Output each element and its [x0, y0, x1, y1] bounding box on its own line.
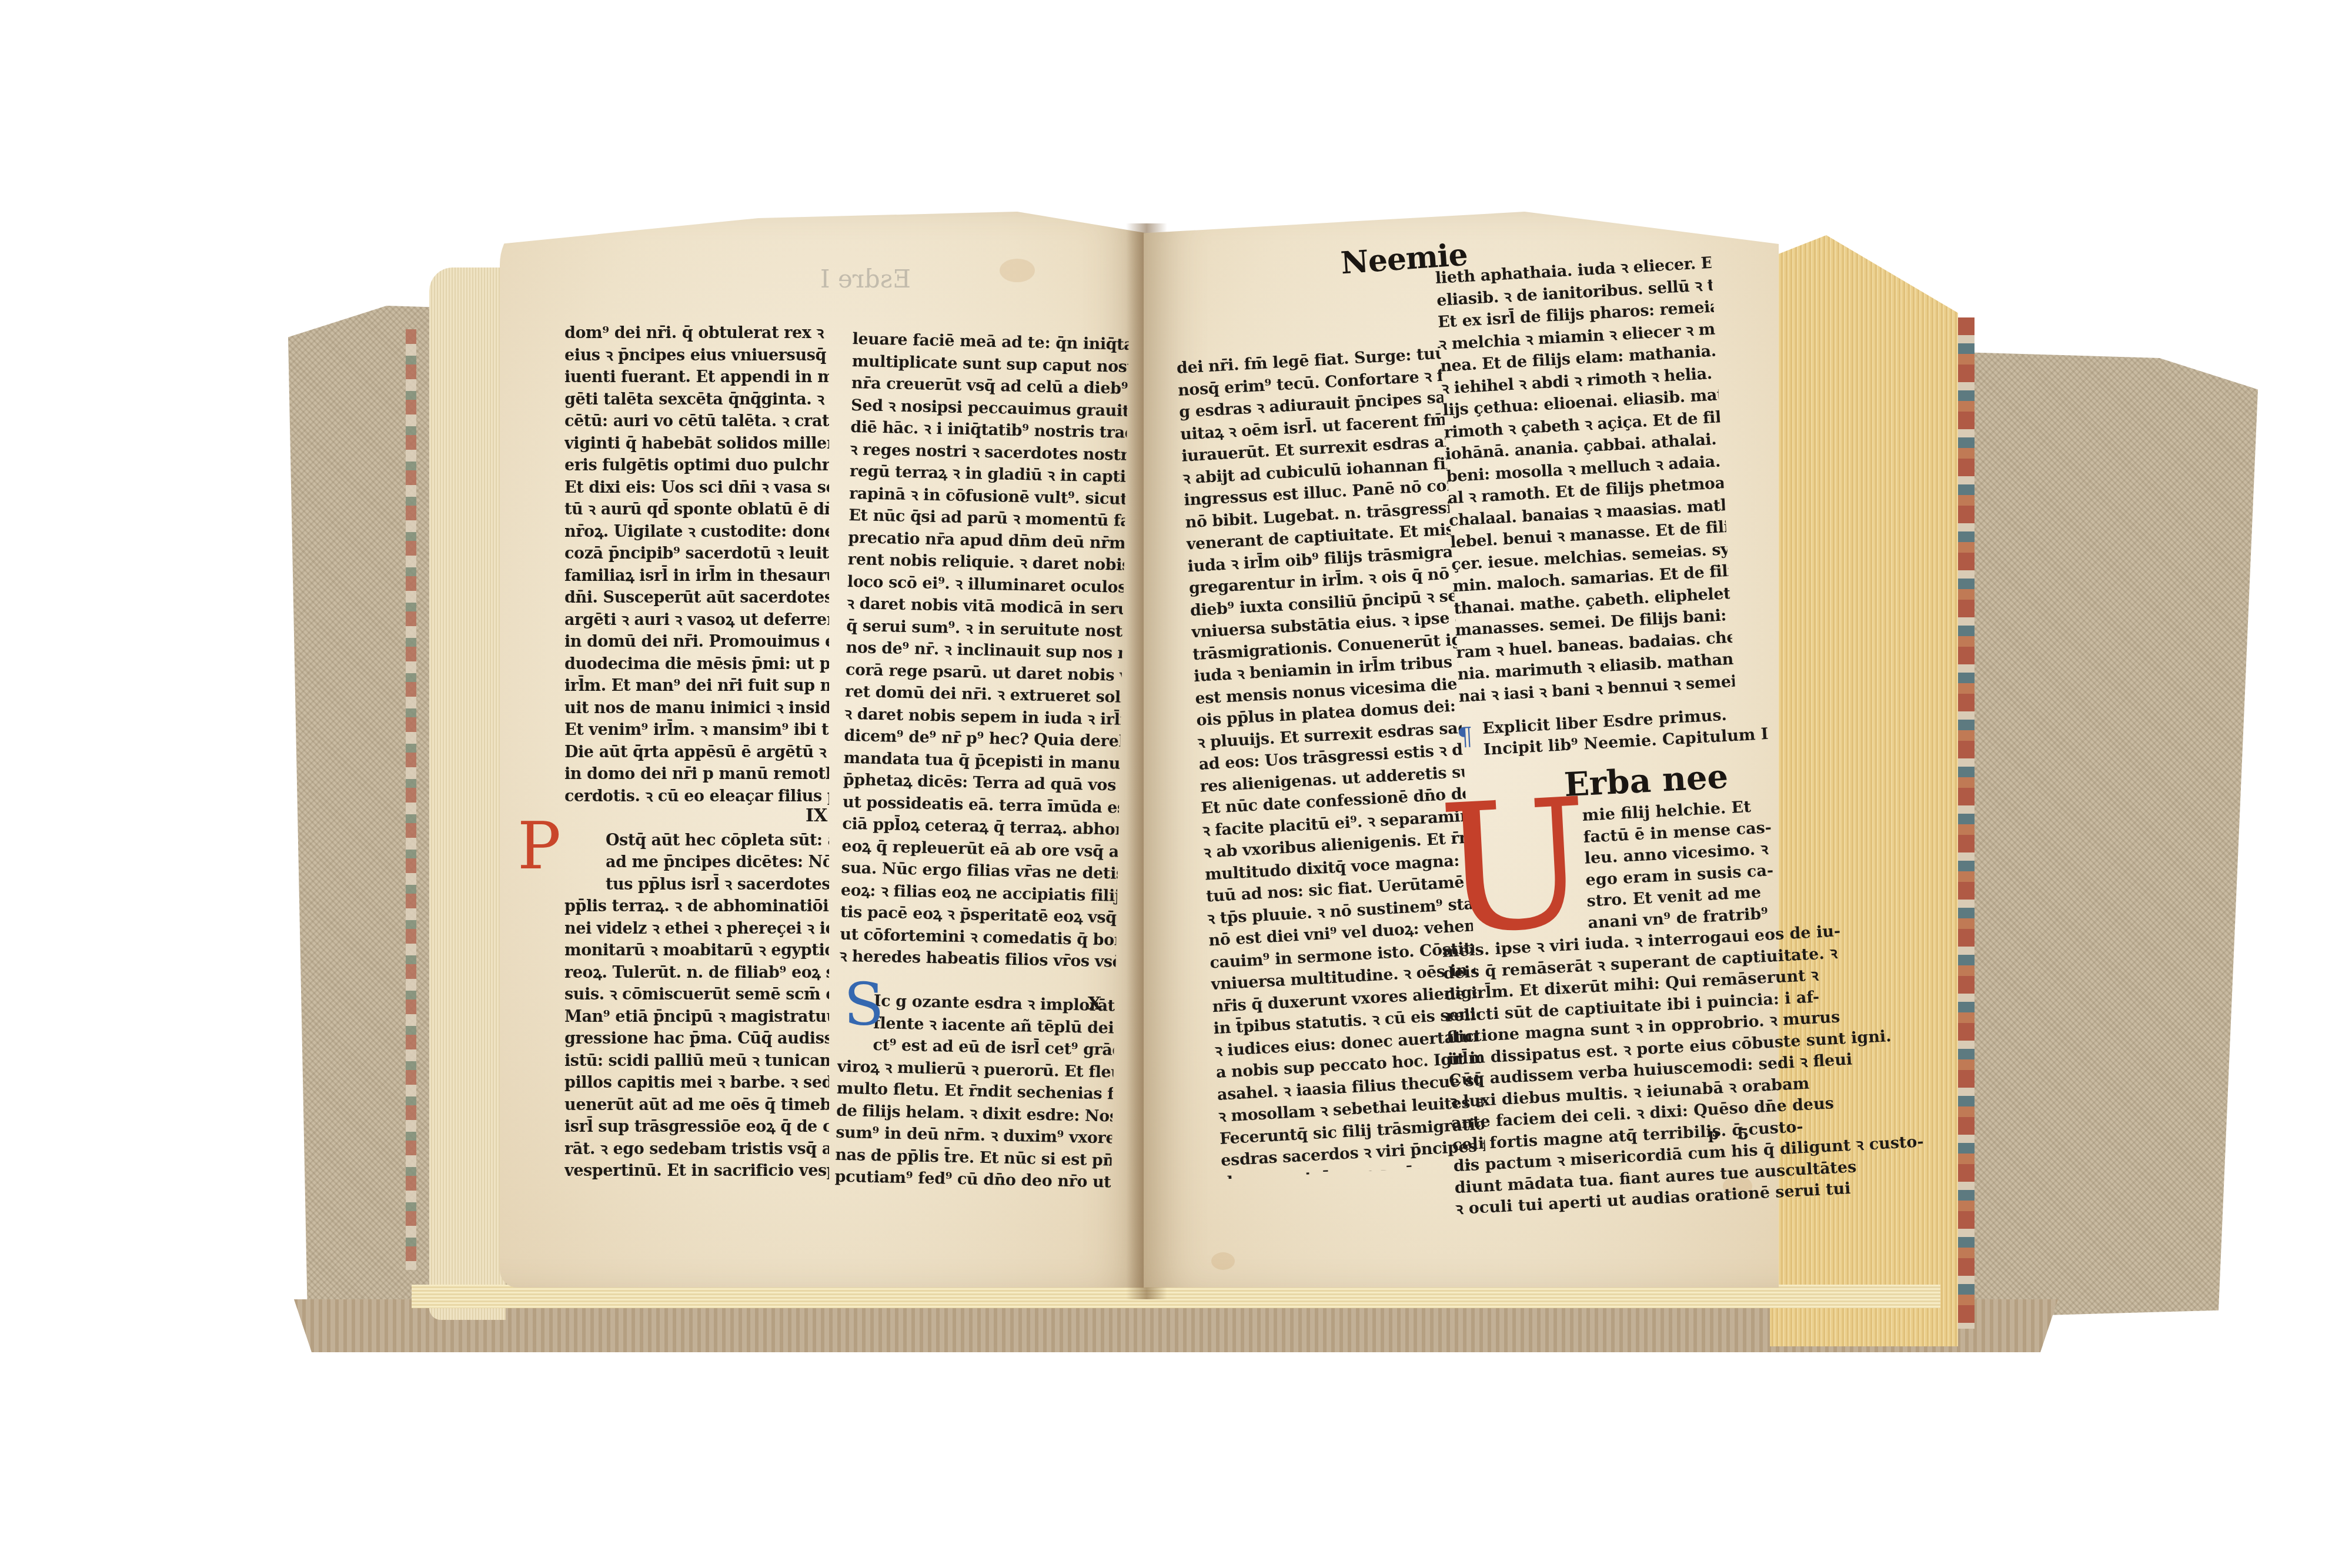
text-line: in domo dei nr̄i p manū remoth filij vri… — [564, 763, 829, 785]
incipit-text: mie filij helchie. Etfactū ē in mense ca… — [1582, 788, 1926, 1212]
text-line: eris fulgētis optimi duo pulchra ut aurū… — [564, 454, 829, 477]
text-line: pp̄lis terraꝝ. ꝛ de abhominatiōib⁹ eoꝝ: … — [564, 895, 829, 918]
text-line: vespertinū. Et in sacrificio vespertino … — [564, 1160, 829, 1181]
chapter-mark-ix: IX — [806, 805, 827, 826]
right-page-column-1: dei nr̄i. fm̄ legē fiat. Surge: tuū est … — [1176, 343, 1486, 1179]
left-page-column-1: dom⁹ dei nr̄i. q̄ obtulerat rex ꝛ consil… — [564, 322, 829, 1181]
text-line: pillos capitis mei ꝛ barbe. ꝛ sedi meren… — [564, 1072, 829, 1094]
paragraph-mark-icon: ¶ — [1456, 721, 1474, 751]
text-line: irl̄m. Et man⁹ dei nr̄i fuit sup nos. ꝛ … — [564, 675, 829, 697]
text-line: monitarū ꝛ moabitarū ꝛ egyptioꝝ ꝛ amor- — [564, 940, 829, 962]
text-line: reoꝝ. Tulerūt. n. de filiab⁹ eoꝝ sibi ꝛ … — [564, 962, 829, 984]
chapter-mark-x: X — [1088, 994, 1101, 1014]
text-line: tus pp̄lus isrl̄ ꝛ sacerdotes ꝛ leuite a — [564, 874, 829, 896]
signature-mark: p 5 — [1708, 1126, 1756, 1144]
text-line: Man⁹ etiā p̄ncipū ꝛ magistratuū fuit i t… — [564, 1006, 829, 1028]
text-line: cētū: auri vo cētū talēta. ꝛ crateras au… — [564, 410, 829, 433]
text-line: gēti talēta sexcēta q̄nq̄ginta. ꝛ vasa a… — [564, 389, 829, 411]
text-line: gressione hac p̄ma. Cūq̄ audissem sermon… — [564, 1028, 829, 1050]
text-line: Ostq̄ aūt hec cōpleta sūt: accesserūt — [564, 830, 829, 852]
text-line: ad me p̄ncipes dicētes: Nō ē separa- — [564, 851, 829, 874]
text-line: uit nos de manu inimici ꝛ insidiatoris i… — [564, 697, 829, 720]
text-line: nr̄oꝝ. Uigilate ꝛ custodite: donec appēd… — [564, 521, 829, 543]
show-through-running-head: Esdre I — [820, 265, 911, 293]
text-line: uenerūt aūt ad me oēs q̄ timebāt verbū d… — [564, 1094, 829, 1116]
text-line: suis. ꝛ cōmiscuerūt semē scm̄ cū pp̄lis … — [564, 984, 829, 1006]
marbled-endpaper-right — [1958, 317, 1975, 1329]
text-line: dn̄i. Susceperūt aūt sacerdotes ꝛ leuite… — [564, 587, 829, 609]
text-line: cozā p̄ncipib⁹ sacerdotū ꝛ leuitarū. ꝛ d… — [564, 543, 829, 565]
text-line: viginti q̄ habebāt solidos millenos. ꝛ v… — [564, 433, 829, 455]
text-line: eius ꝛ p̄ncipes eius vniuersusq̄ isrl̄ e… — [564, 345, 829, 367]
text-line: Et venim⁹ irl̄m. ꝛ mansim⁹ ibi trib⁹ die… — [564, 719, 829, 741]
text-line: in domū dei nr̄i. Promouimus ergo a flum… — [564, 631, 829, 653]
text-line: cerdotis. ꝛ cū eo eleaçar filius phinees… — [564, 785, 829, 808]
text-line: dom⁹ dei nr̄i. q̄ obtulerat rex ꝛ consil… — [564, 322, 829, 345]
page-bottom-edge — [412, 1285, 1940, 1308]
text-line: rāt. ꝛ ego sedebam tristis vsq̄ ad sacri… — [564, 1138, 829, 1161]
text-line: nei videlz ꝛ ethei ꝛ phereçei ꝛ iebusei … — [564, 918, 829, 940]
text-line: isrl̄ sup trāsgressiōe eoꝝ q̄ de captiui… — [564, 1116, 829, 1138]
foxing-stain — [1211, 1252, 1235, 1270]
text-line: familiaꝝ isrl̄ in irl̄m in thesaurū domu… — [564, 565, 829, 587]
text-line: duodecima die mēsis p̄mi: ut pergeremus — [564, 653, 829, 676]
text-line: Die aūt q̄rta appēsū ē argētū ꝛ aurū ꝛ v… — [564, 741, 829, 764]
text-line: tū ꝛ aurū qd̄ sponte oblatū ē dn̄o deo p… — [564, 499, 829, 521]
photograph: Esdre I dom⁹ dei nr̄i. q̄ obtulerat rex … — [0, 0, 2352, 1568]
marbled-endpaper-left — [406, 329, 416, 1270]
rubricated-initial-s: S — [844, 970, 884, 1039]
foxing-stain — [1000, 259, 1035, 282]
text-line: istū: scidi palliū meū ꝛ tunicam. ꝛ euul… — [564, 1050, 829, 1072]
text-line: iuenti fuerant. Et appendi in manib⁹ eoꝝ… — [564, 366, 829, 389]
page-stack-left — [429, 268, 506, 1320]
text-line: Et dixi eis: Uos sci dn̄i ꝛ vasa scā. ꝛ … — [564, 477, 829, 499]
text-line: argēti ꝛ auri ꝛ vasoꝝ ut deferrent in ir… — [564, 609, 829, 631]
rubricated-initial-p: P — [517, 808, 561, 884]
left-page-column-2: leuare faciē meā ad te: q̄n iniq̄tates n… — [834, 328, 1128, 1192]
